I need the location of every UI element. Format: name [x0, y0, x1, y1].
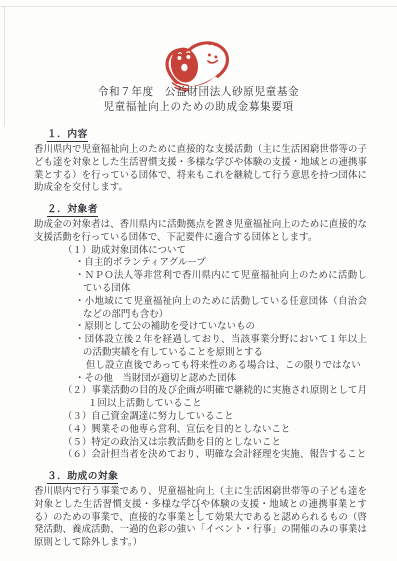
section-3-paragraph: 香川県内で行う事業であり、児童福祉向上（主に生活困窮世帯等の子ども達を対象とした…	[34, 486, 367, 550]
list-item: （１）助成対象団体について	[34, 245, 367, 258]
list-item: ・その他 当財団が適切と認めた団体	[34, 373, 367, 386]
list-item-note: 但し設立直後であっても将来性のある場合は、この限りではない	[34, 360, 367, 373]
title-line-1: 令和７年度 公益財団法人砂原児童基金	[0, 86, 397, 101]
list-item: ・ＮＰＯ法人等非営利で香川県内にて児童福祉向上のために活動している団体	[34, 270, 367, 296]
section-2-paragraph: 助成金の対象者は、香川県内に活動拠点を置き児童福祉向上のために直接的な支援活動を…	[34, 219, 367, 245]
list-item: （４）興業その他専ら営利、宣伝を目的としないこと	[34, 424, 367, 437]
document-body: １．内容 香川県内で児童福祉向上のために直接的な支援活動（主に生活困窮世帯等の子…	[0, 129, 397, 550]
document-page: 令和７年度 公益財団法人砂原児童基金 児童福祉向上のための助成金募集要項 １．内…	[0, 0, 397, 561]
page-number: 1	[0, 504, 397, 514]
title-line-2: 児童福祉向上のための助成金募集要項	[0, 101, 397, 116]
section-2-heading: ２．対象者	[34, 204, 367, 217]
section-1-paragraph: 香川県内で児童福祉向上のために直接的な支援活動（主に生活困窮世帯等の子ども達を対…	[34, 144, 367, 195]
list-item: ・自主的ボランティアグループ	[34, 257, 367, 270]
section-3-heading: ３．助成の対象	[34, 471, 367, 484]
document-content: 令和７年度 公益財団法人砂原児童基金 児童福祉向上のための助成金募集要項 １．内…	[0, 86, 397, 550]
list-item: ・原則として公の補助を受けていないもの	[34, 321, 367, 334]
list-item: ・団体設立後２年を経過しており、当該事業分野において１年以上の活動実績を有してい…	[34, 334, 367, 360]
scan-edge-top	[0, 6, 397, 7]
section-1-naiyou: １．内容 香川県内で児童福祉向上のために直接的な支援活動（主に生活困窮世帯等の子…	[34, 129, 367, 195]
list-item: （５）特定の政治又は宗教活動を目的としないこと	[34, 437, 367, 450]
section-1-heading: １．内容	[34, 129, 367, 142]
list-item: （６）会計担当者を決めており、明確な会計経理を実施、報告すること	[34, 449, 367, 462]
list-item: ・小地域にて児童福祉向上のために活動している任意団体（自治会などの部門も含む）	[34, 296, 367, 322]
list-item: （２）事業活動の目的及び企画が明確で継続的に実施され原則として月１回以上活動して…	[34, 385, 367, 411]
section-2-taishousha: ２．対象者 助成金の対象者は、香川県内に活動拠点を置き児童福祉向上のために直接的…	[34, 204, 367, 462]
list-item: （３）自己資金調達に努力していること	[34, 411, 367, 424]
document-title: 令和７年度 公益財団法人砂原児童基金 児童福祉向上のための助成金募集要項	[0, 86, 397, 115]
